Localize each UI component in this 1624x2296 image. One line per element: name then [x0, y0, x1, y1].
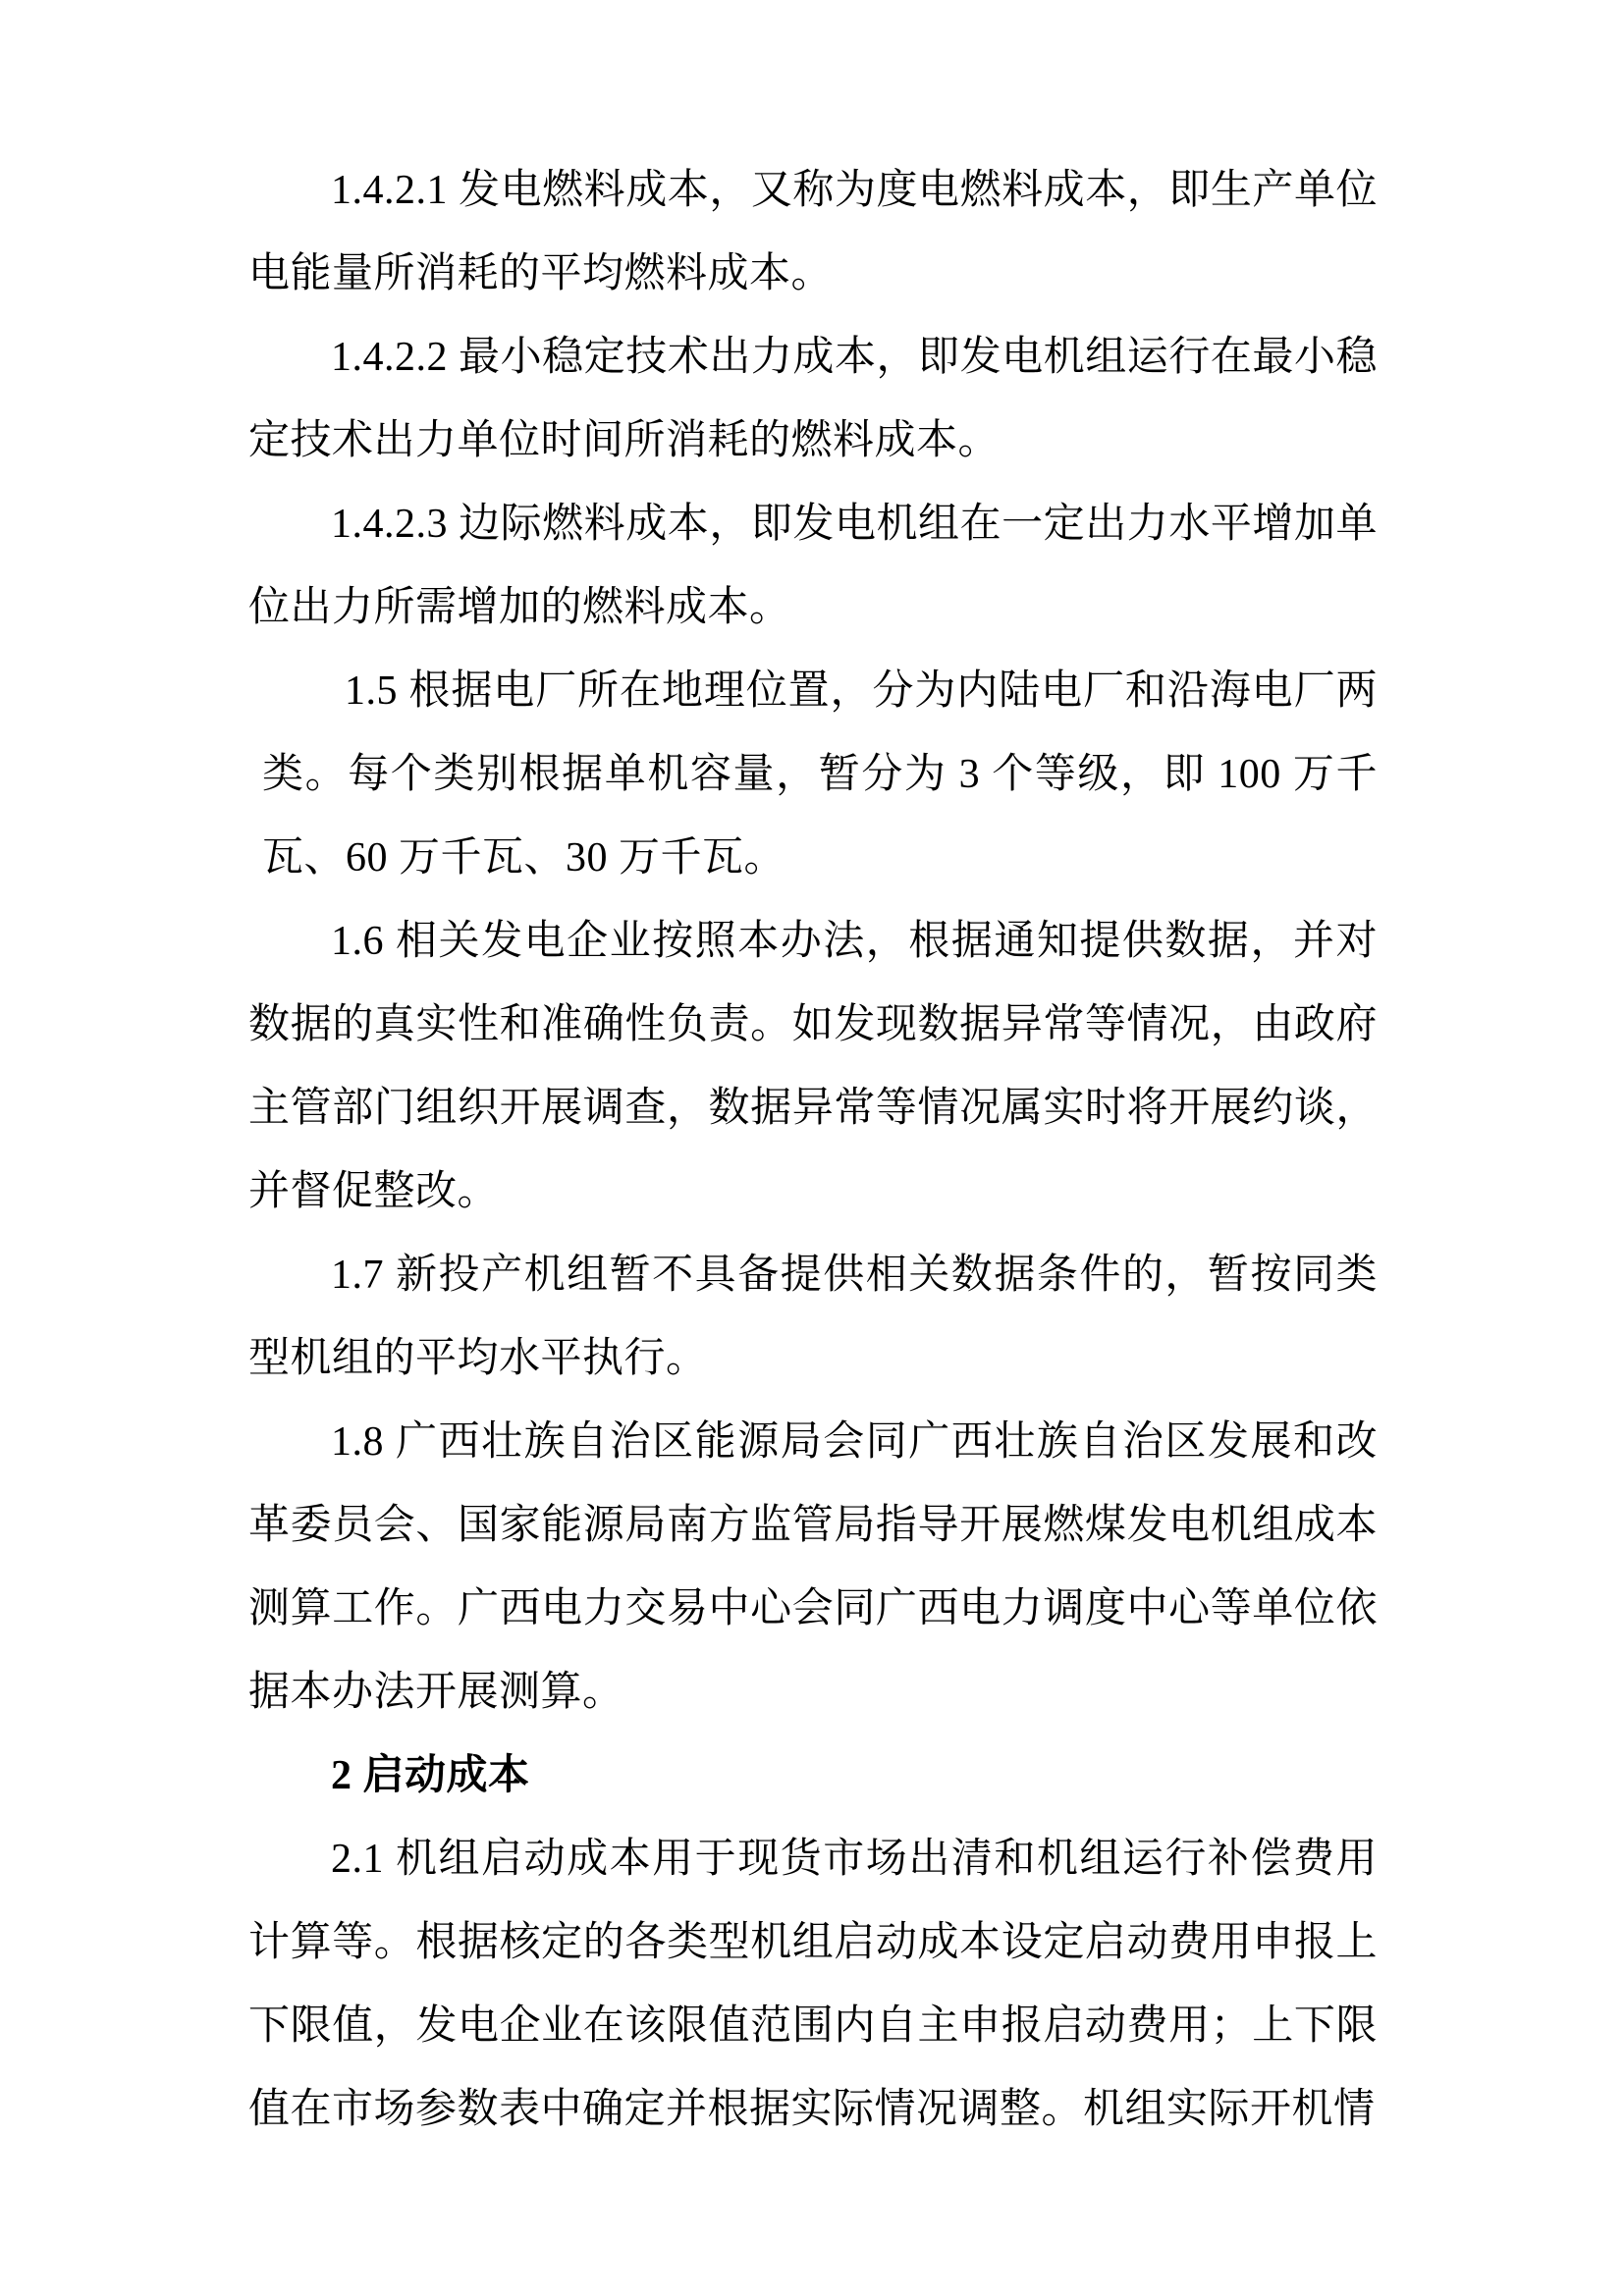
paragraph-1-5: 1.5 根据电厂所在地理位置，分为内陆电厂和沿海电厂两类。每个类别根据单机容量，… — [262, 650, 1378, 900]
paragraph-1-4-2-2: 1.4.2.2 最小稳定技术出力成本，即发电机组运行在最小稳定技术出力单位时间所… — [248, 316, 1378, 483]
paragraph-1-4-2-3: 1.4.2.3 边际燃料成本，即发电机组在一定出力水平增加单位出力所需增加的燃料… — [248, 483, 1378, 650]
paragraph-1-6: 1.6 相关发电企业按照本办法，根据通知提供数据，并对数据的真实性和准确性负责。… — [248, 900, 1378, 1234]
paragraph-1-8: 1.8 广西壮族自治区能源局会同广西壮族自治区发展和改革委员会、国家能源局南方监… — [248, 1401, 1378, 1735]
document-page: 1.4.2.1 发电燃料成本，又称为度电燃料成本，即生产单位电能量所消耗的平均燃… — [0, 0, 1624, 2296]
paragraph-2-1: 2.1 机组启动成本用于现货市场出清和机组运行补偿费用计算等。根据核定的各类型机… — [248, 1818, 1378, 2152]
paragraph-1-7: 1.7 新投产机组暂不具备提供相关数据条件的，暂按同类型机组的平均水平执行。 — [248, 1234, 1378, 1401]
paragraph-1-4-2-1: 1.4.2.1 发电燃料成本，又称为度电燃料成本，即生产单位电能量所消耗的平均燃… — [248, 149, 1378, 316]
section-heading-2: 2 启动成本 — [248, 1735, 1378, 1818]
